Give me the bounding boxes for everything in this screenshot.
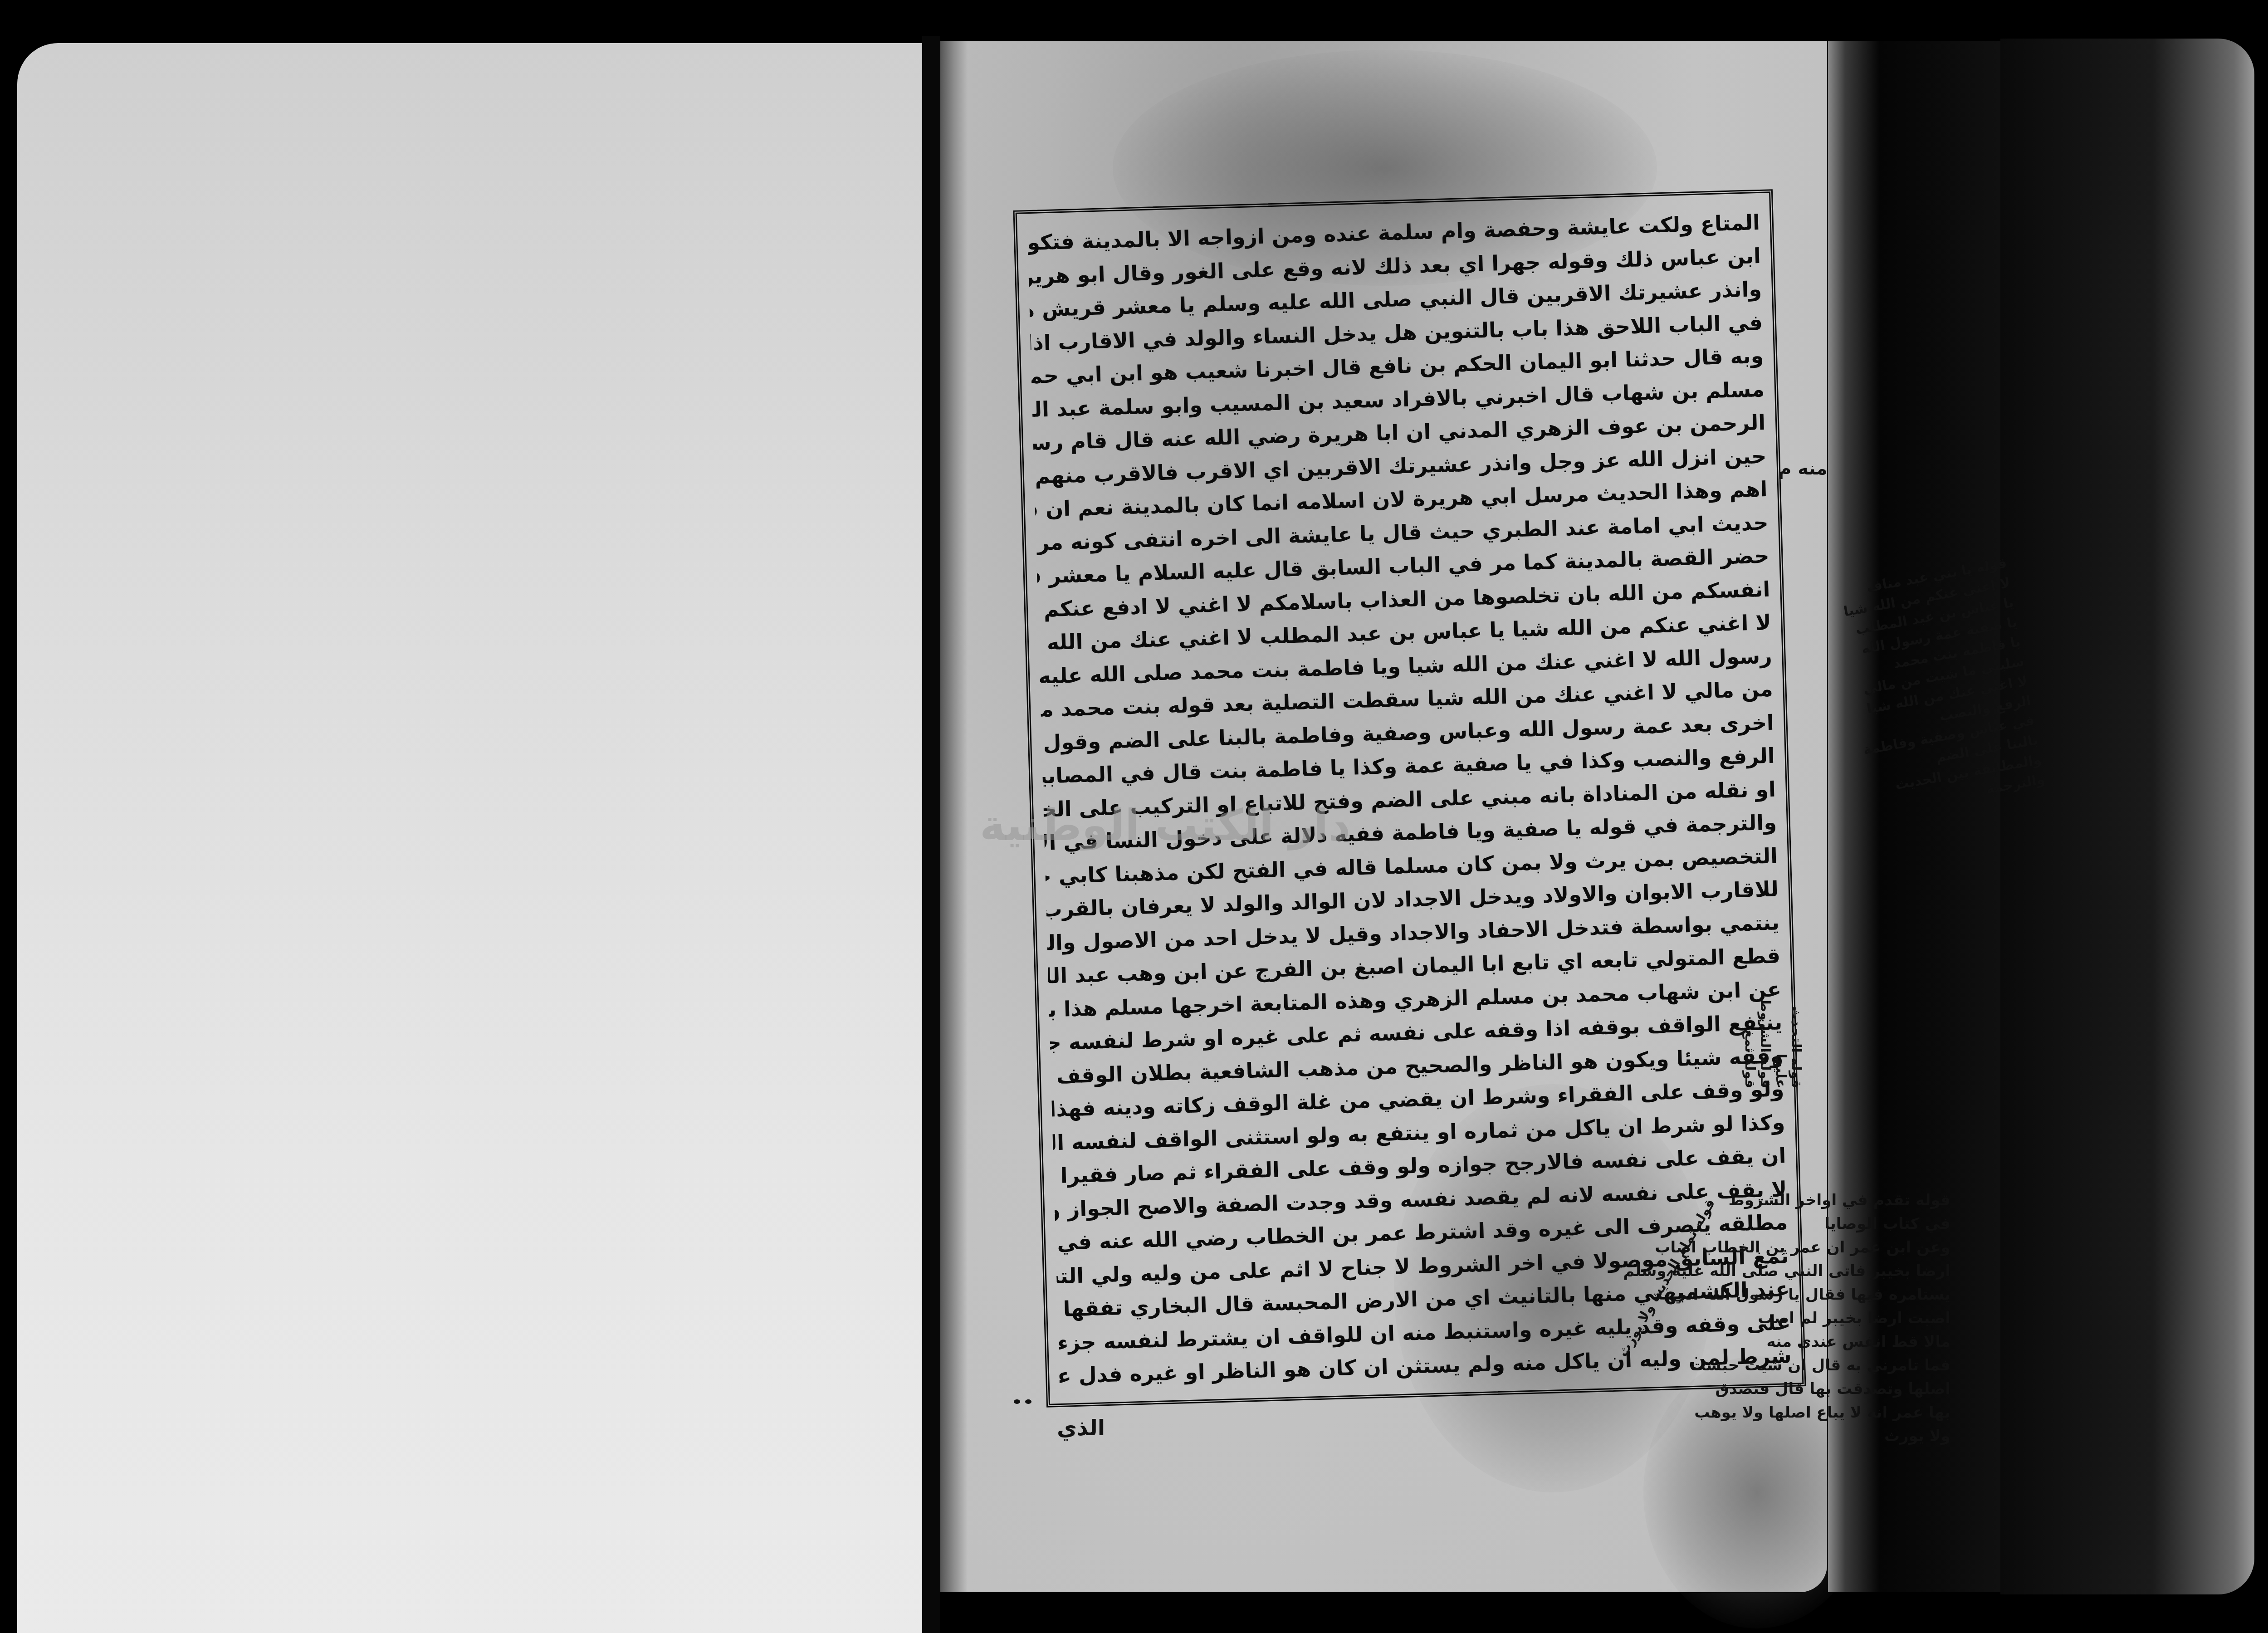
text-line: في كتاب الوصايا	[1796, 1212, 1950, 1236]
text-line: قوله الشروط	[1757, 998, 1773, 1088]
text-line: قوله التحدث	[1788, 998, 1804, 1088]
book-gutter	[922, 36, 940, 1633]
text-line: وعن ابن عمر ان عمر بن الخطاب اصاب	[1796, 1236, 1950, 1259]
main-text-frame: المتاع ولكت عايشة وحفصة وام سلمة عنده وم…	[1013, 189, 1806, 1408]
binding-cover-flap	[2000, 39, 2254, 1594]
text-line: ولا يورث	[1796, 1424, 1950, 1448]
text-line: مالا قط انفس عندي منه	[1796, 1330, 1950, 1354]
gutter-shadow	[940, 41, 968, 1592]
margin-note-vertical: قوله التحدثعليهاقوله الشروطقوله ثمغ	[1742, 998, 1804, 1088]
ink-spot	[1025, 1399, 1031, 1404]
ink-spot	[1014, 1399, 1020, 1404]
text-line: قوله تقدم في اواخر الشروط	[1796, 1188, 1950, 1212]
text-line: قوله ثمغ	[1742, 998, 1757, 1088]
text-line: بها عمر انه لا يباع اصلها ولا يوهب	[1796, 1401, 1950, 1424]
catchword: الذي	[1057, 1415, 1105, 1441]
margin-mark: منه م	[1778, 458, 1828, 479]
margin-note-right-block: قوله يا بني عبد منافلا اغني عنكم من الله…	[1764, 553, 2046, 832]
text-line: فما تامرني به قال ان شيت حبست	[1796, 1354, 1950, 1377]
main-text-block: المتاع ولكت عايشة وحفصة وام سلمة عنده وم…	[1027, 206, 1792, 1393]
library-watermark: دار الكتب الوطنية	[980, 801, 1350, 851]
text-line: يستامره فيها فقال يا رسول الله اني	[1796, 1283, 1950, 1306]
blank-left-page	[17, 43, 922, 1633]
text-line: اصلها وتصدقت بها قال فتصدق	[1796, 1377, 1950, 1401]
text-line: اصبت ارضا بخيبر لم اصب	[1796, 1306, 1950, 1330]
text-line: عليها	[1773, 998, 1788, 1088]
text-line: ارضا بخيبر فاتى النبي صلى الله عليه وسلم	[1796, 1259, 1950, 1283]
margin-note-right-lower: قوله تقدم في اواخر الشروطفي كتاب الوصايا…	[1796, 1188, 1950, 1448]
